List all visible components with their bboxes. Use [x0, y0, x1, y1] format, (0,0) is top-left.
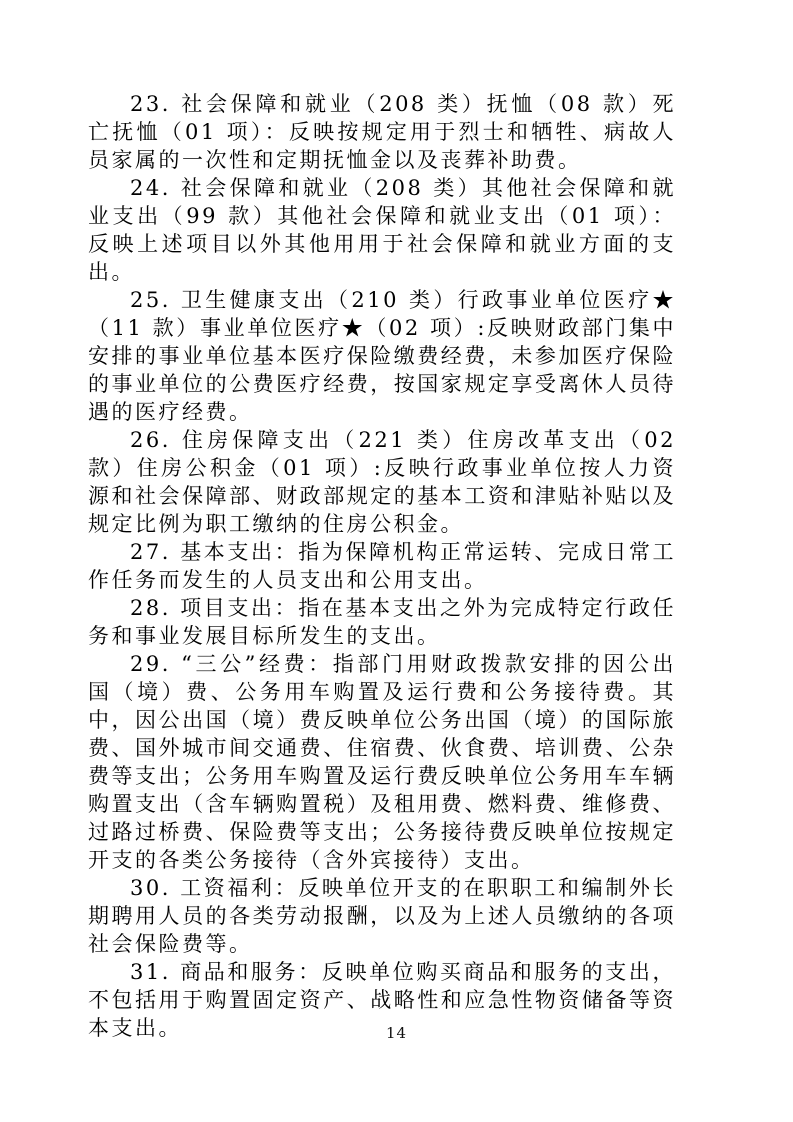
paragraph-28: 28. 项目支出：指在基本支出之外为完成特定行政任务和事业发展目标所发生的支出。 — [88, 594, 676, 650]
paragraph-25: 25. 卫生健康支出（210 类）行政事业单位医疗★（11 款）事业单位医疗★（… — [88, 286, 676, 426]
paragraph-26: 26. 住房保障支出（221 类）住房改革支出（02 款）住房公积金（01 项）… — [88, 426, 676, 538]
paragraph-27: 27. 基本支出：指为保障机构正常运转、完成日常工作任务而发生的人员支出和公用支… — [88, 538, 676, 594]
document-page: 23. 社会保障和就业（208 类）抚恤（08 款）死亡抚恤（01 项）：反映按… — [0, 0, 793, 1122]
paragraph-29: 29. “三公”经费：指部门用财政拨款安排的因公出国（境）费、公务用车购置及运行… — [88, 650, 676, 874]
paragraph-23: 23. 社会保障和就业（208 类）抚恤（08 款）死亡抚恤（01 项）：反映按… — [88, 90, 676, 174]
document-body: 23. 社会保障和就业（208 类）抚恤（08 款）死亡抚恤（01 项）：反映按… — [88, 90, 676, 1042]
paragraph-30: 30. 工资福利：反映单位开支的在职职工和编制外长期聘用人员的各类劳动报酬，以及… — [88, 874, 676, 958]
page-number: 14 — [0, 1024, 793, 1042]
paragraph-24: 24. 社会保障和就业（208 类）其他社会保障和就业支出（99 款）其他社会保… — [88, 174, 676, 286]
